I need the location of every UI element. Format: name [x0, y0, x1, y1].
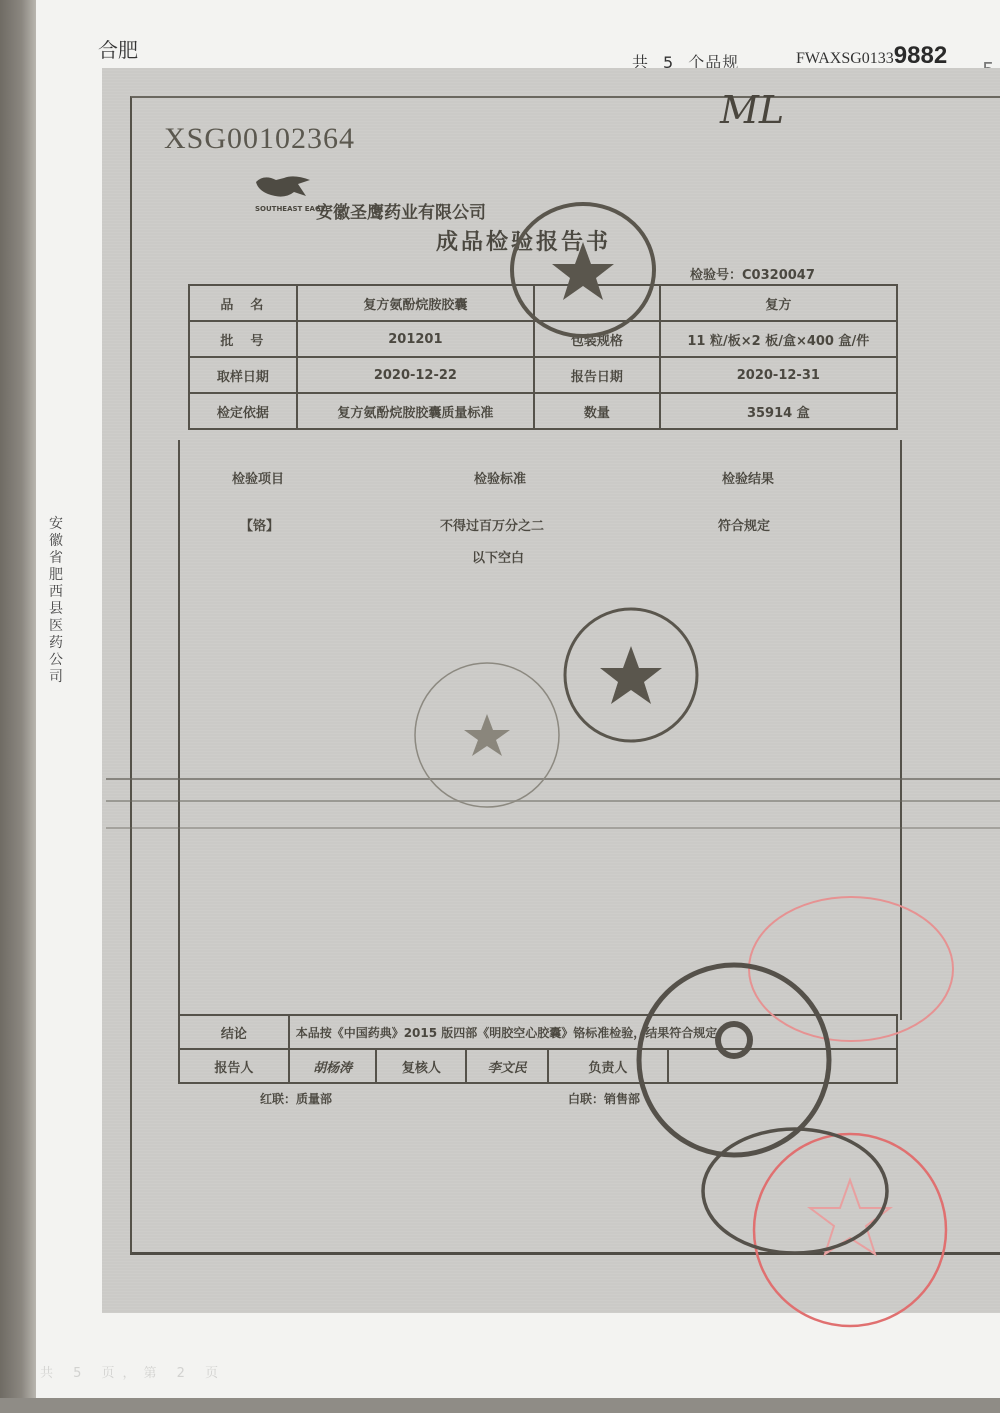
results-header-item: 检验项目: [232, 468, 284, 487]
side-company-label: 安徽省肥西县医药公司: [46, 516, 66, 686]
conclusion-label: 结论: [179, 1015, 289, 1049]
table-row: 检定依据 复方氨酚烷胺胶囊质量标准 数量 35914 盒: [189, 393, 897, 429]
document-number: XSG00102364: [164, 122, 355, 156]
report-number-value: C0320047: [742, 268, 815, 283]
reporter-label: 报告人: [179, 1049, 289, 1083]
reviewer-signature: 李文民: [466, 1049, 548, 1083]
table-row: 取样日期 2020-12-22 报告日期 2020-12-31: [189, 357, 897, 393]
result-standard: 不得过百万分之二: [440, 515, 544, 534]
report-number-label: 检验号：: [690, 268, 742, 283]
red-copy-note: 红联：质量部: [260, 1090, 332, 1107]
copy-fold-line: [106, 827, 1000, 829]
quantity-value: 35914 盒: [660, 393, 897, 429]
report-date-label: 报告日期: [534, 357, 660, 393]
result-value: 符合规定: [718, 515, 770, 534]
scanner-edge: [0, 0, 36, 1413]
inspection-report-stamp: [508, 200, 658, 340]
reviewer-label: 复核人: [376, 1049, 466, 1083]
category-value: 复方: [660, 285, 897, 321]
product-name-value: 复方氨酚烷胺胶囊: [297, 285, 534, 321]
results-header-result: 检验结果: [722, 468, 774, 487]
quantity-label: 数量: [534, 393, 660, 429]
basis-label: 检定依据: [189, 393, 297, 429]
page-footer: 共 5 页，第 2 页: [40, 1362, 226, 1381]
product-name-label: 品 名: [189, 285, 297, 321]
blank-below-note: 以下空白: [472, 547, 524, 566]
scanner-bottom-edge: [0, 1398, 1000, 1413]
company-name: 安徽圣鹰药业有限公司: [316, 198, 486, 223]
result-item: 【铬】: [240, 515, 279, 534]
batch-value: 201201: [297, 321, 534, 357]
drug-test-report-stamp: [700, 1126, 890, 1256]
eagle-logo-icon: [254, 172, 312, 202]
city-label: 合肥: [98, 34, 138, 63]
tracking-code-prefix: FWAXSG0133: [796, 50, 894, 67]
handwritten-initials: ML: [720, 88, 784, 132]
faint-stamp: [412, 660, 562, 810]
results-header-standard: 检验标准: [474, 468, 526, 487]
tracking-code-suffix: 9882: [894, 42, 947, 69]
basis-value: 复方氨酚烷胺胶囊质量标准: [297, 393, 534, 429]
white-copy-note: 白联：销售部: [568, 1090, 640, 1107]
package-value: 11 粒/板×2 板/盒×400 盒/件: [660, 321, 897, 357]
inspection-stamp: [562, 606, 700, 744]
tracking-code: FWAXSG01339882: [796, 42, 947, 70]
sample-date-value: 2020-12-22: [297, 357, 534, 393]
report-number: 检验号：C0320047: [690, 264, 815, 283]
sample-date-label: 取样日期: [189, 357, 297, 393]
reporter-signature: 胡杨涛: [289, 1049, 377, 1083]
report-date-value: 2020-12-31: [660, 357, 897, 393]
batch-label: 批 号: [189, 321, 297, 357]
